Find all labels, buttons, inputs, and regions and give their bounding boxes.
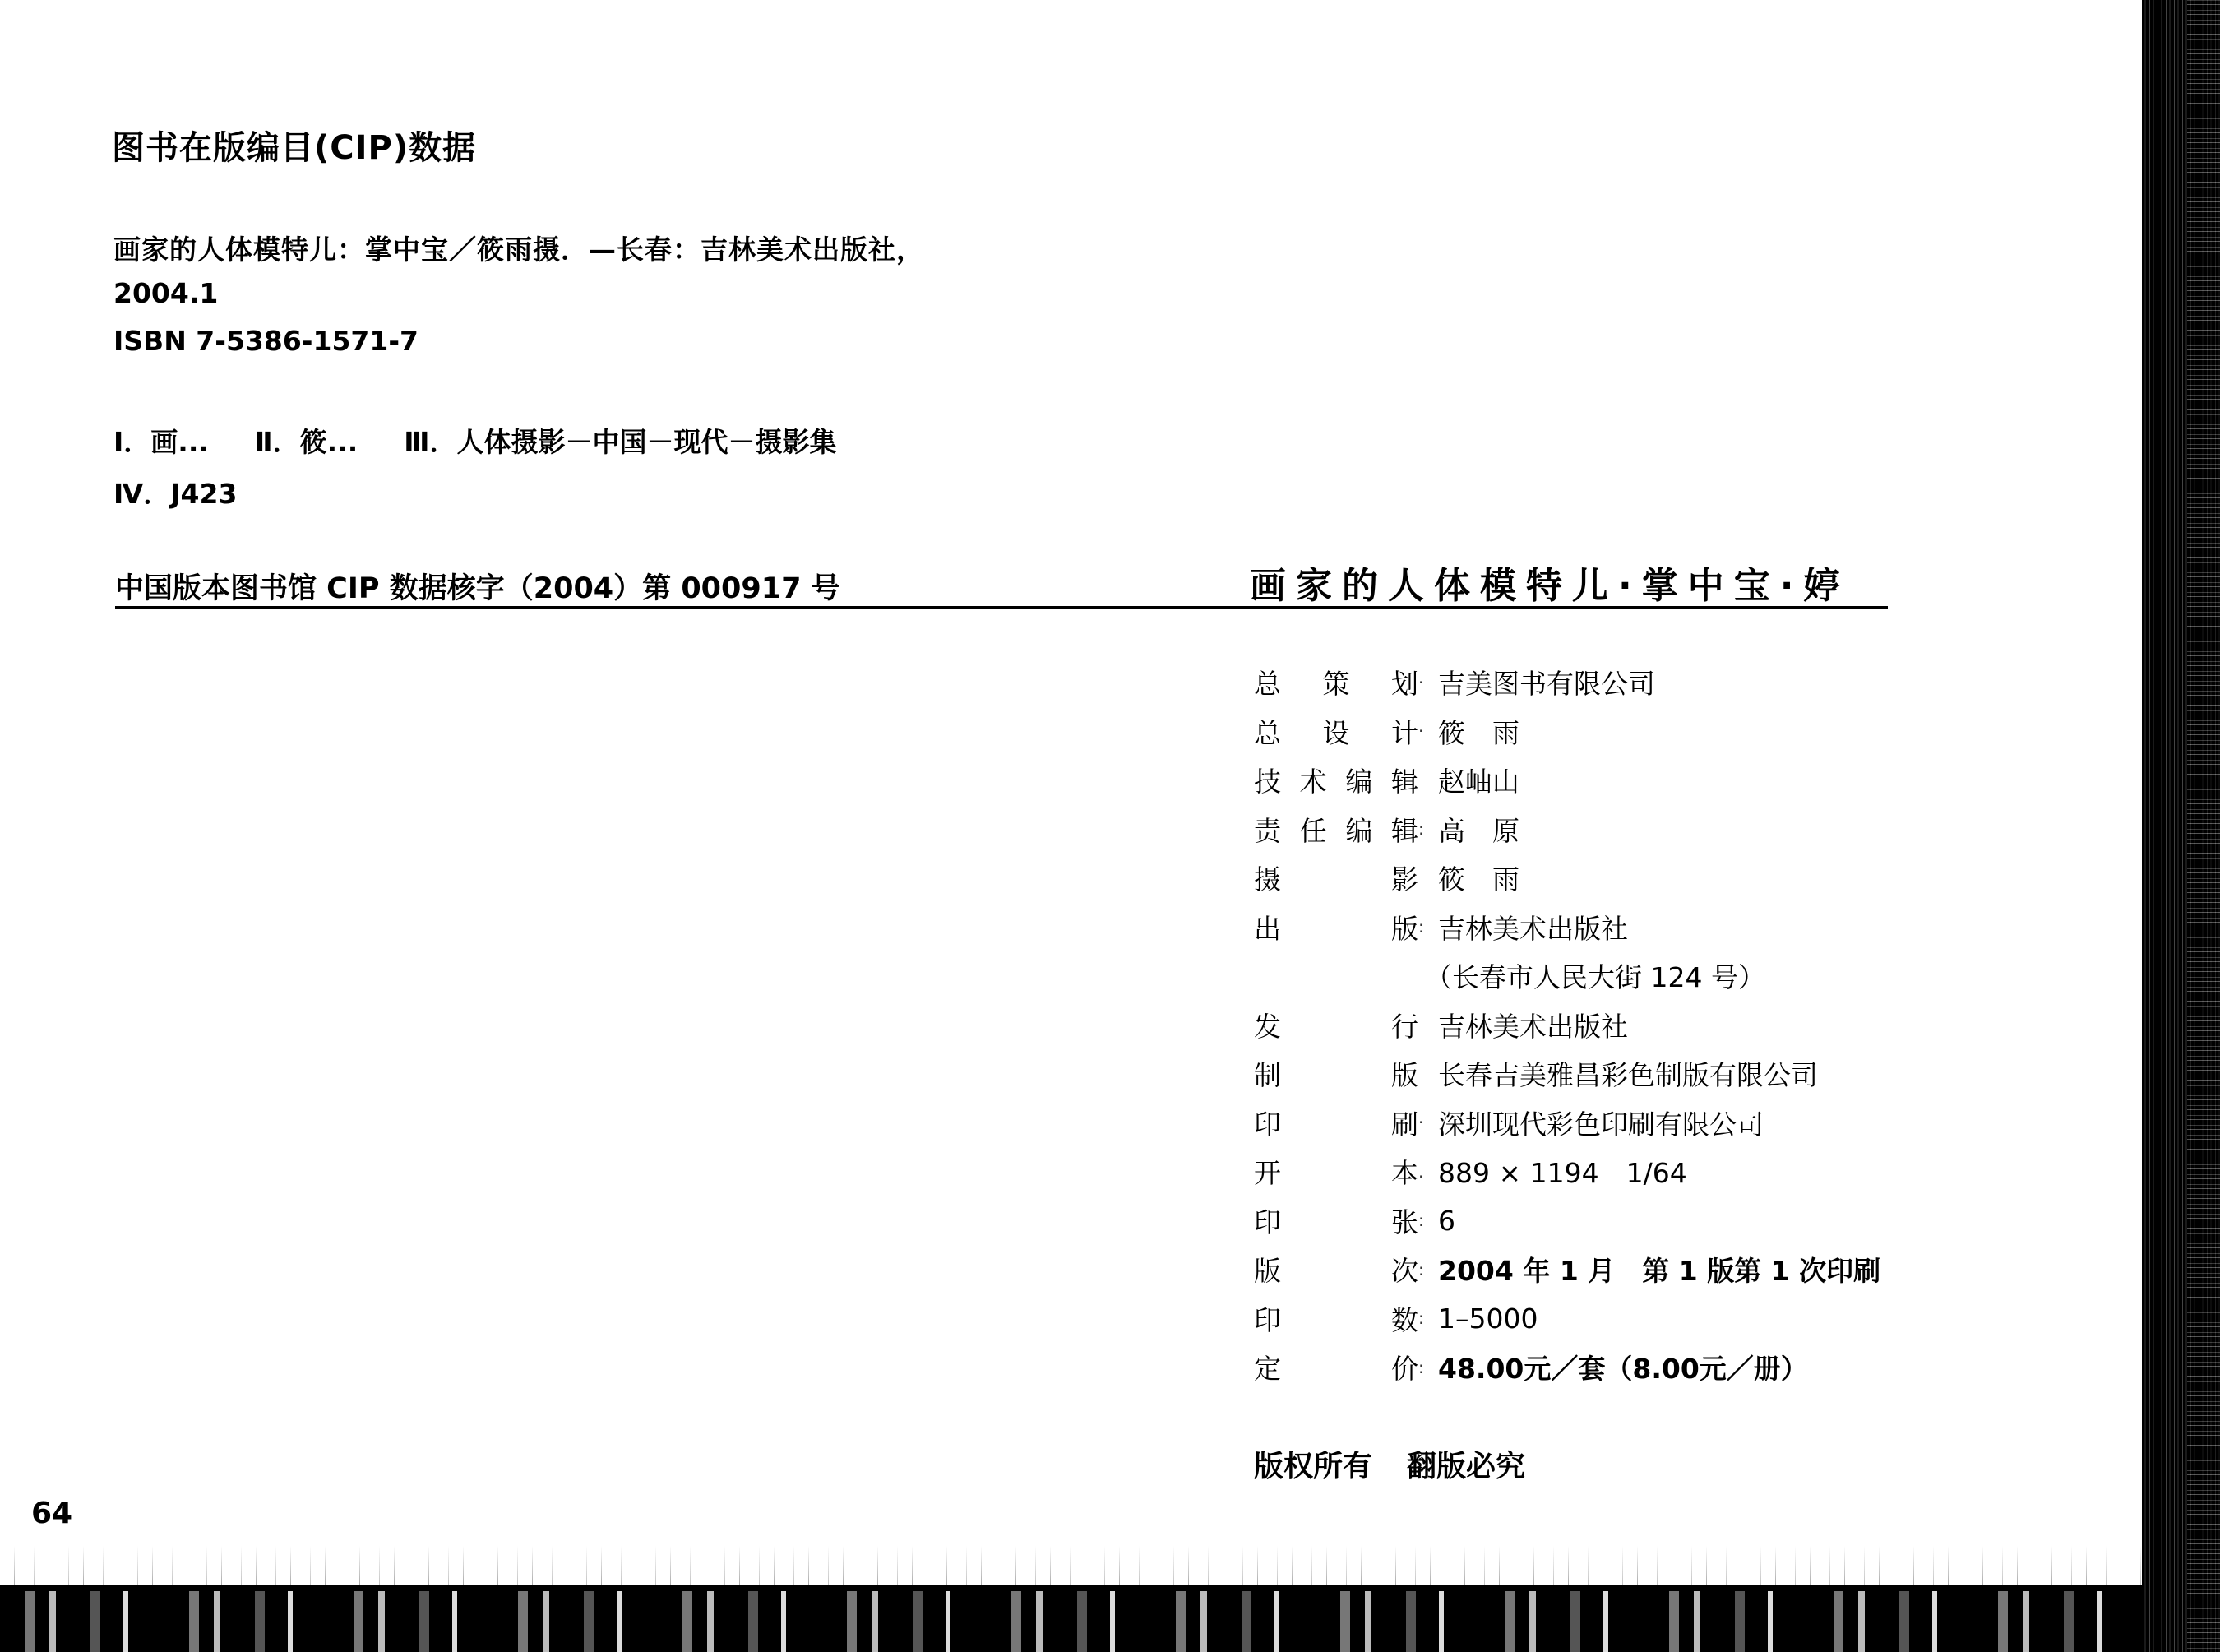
credit-label-char: 印 — [1254, 1299, 1281, 1338]
credit-label-char: 术 — [1300, 761, 1327, 799]
credit-label-char: 影 — [1391, 858, 1418, 897]
credit-colon: : — [1418, 917, 1438, 937]
divider-rule — [115, 606, 1888, 609]
credit-label: 印数 — [1254, 1299, 1418, 1338]
credit-label: 责任编辑 — [1254, 810, 1418, 849]
credit-label-char: 编 — [1345, 761, 1372, 799]
credit-label-char: 辑 — [1391, 761, 1418, 799]
cip-title-statement: 画家的人体模特儿：掌中宝／筱雨摄．—长春：吉林美术出版社， — [113, 229, 924, 267]
credit-row: （长春市人民大街 124 号） — [1254, 951, 1928, 1001]
credit-label-char: 技 — [1254, 761, 1281, 799]
credit-colon: . — [1418, 1162, 1438, 1182]
cip-classification-item: Ⅲ．人体摄影－中国－现代－摄影集 — [404, 426, 836, 458]
credit-label-char: 行 — [1391, 1006, 1418, 1044]
credit-row: 制版长春吉美雅昌彩色制版有限公司 — [1254, 1049, 1928, 1099]
cip-classification: Ⅰ．画...Ⅱ．筱...Ⅲ．人体摄影－中国－现代－摄影集 — [113, 421, 882, 460]
credit-label-char: 数 — [1391, 1299, 1418, 1338]
cip-classification-number: Ⅳ．J423 — [113, 473, 237, 511]
credit-colon: : — [1418, 819, 1438, 839]
credit-row: 印数:1–5000 — [1254, 1294, 1928, 1344]
credit-row: 发行吉林美术出版社 — [1254, 1001, 1928, 1050]
credit-label-char: 刷 — [1391, 1104, 1418, 1142]
credit-label: 印张 — [1254, 1201, 1418, 1240]
credit-label: 发行 — [1254, 1006, 1418, 1044]
scan-edge-right-noise — [2187, 0, 2220, 1652]
credit-colon: : — [1418, 1210, 1438, 1230]
credit-label: 印刷 — [1254, 1104, 1418, 1142]
credit-row: 总设计·筱 雨 — [1254, 707, 1928, 757]
credit-row: 开本.889 × 1194 1/64 — [1254, 1147, 1928, 1196]
credits-list: 总策划·吉美图书有限公司总设计·筱 雨技术编辑赵岫山责任编辑:高 原摄影筱 雨出… — [1254, 658, 1928, 1392]
credit-row: 总策划·吉美图书有限公司 — [1254, 658, 1928, 707]
credit-value: 2004 年 1 月 第 1 版第 1 次印刷 — [1438, 1250, 1928, 1289]
credit-value: 吉林美术出版社 — [1438, 908, 1928, 946]
credit-label: 开本 — [1254, 1152, 1418, 1191]
credit-label: 制版 — [1254, 1054, 1418, 1093]
credit-value: 深圳现代彩色印刷有限公司 — [1438, 1104, 1928, 1142]
credit-value: 吉林美术出版社 — [1438, 1006, 1928, 1044]
credit-value: 吉美图书有限公司 — [1438, 663, 1928, 701]
credit-label-char: 摄 — [1254, 858, 1281, 897]
credit-label-char: 出 — [1254, 908, 1281, 946]
credit-row: 责任编辑:高 原 — [1254, 805, 1928, 854]
credit-value: 赵岫山 — [1438, 761, 1928, 799]
cip-classification-item: Ⅱ．筱... — [255, 426, 358, 458]
credit-row: 摄影筱 雨 — [1254, 854, 1928, 903]
credit-colon: : — [1418, 1308, 1438, 1328]
credit-value: 1–5000 — [1438, 1303, 1928, 1335]
credit-label: 总策划 — [1254, 663, 1418, 701]
credit-label-char: 本 — [1391, 1152, 1418, 1191]
credit-label: 出版 — [1254, 908, 1418, 946]
credit-row: 定价:48.00元／套（8.00元／册） — [1254, 1343, 1928, 1392]
credit-value: 筱 雨 — [1438, 858, 1928, 897]
credit-label-char: 策 — [1323, 663, 1350, 701]
credit-label: 定价 — [1254, 1348, 1418, 1386]
page-number: 64 — [31, 1497, 72, 1530]
credit-row: 印刷·深圳现代彩色印刷有限公司 — [1254, 1099, 1928, 1148]
scan-edge-bottom — [0, 1591, 2142, 1652]
credit-label-char: 开 — [1254, 1152, 1281, 1191]
credit-value: 长春吉美雅昌彩色制版有限公司 — [1438, 1054, 1928, 1093]
cip-approval-number: 中国版本图书馆 CIP 数据核字（2004）第 000917 号 — [115, 566, 840, 607]
credit-label: 版次 — [1254, 1250, 1418, 1289]
scan-noise — [0, 1546, 2142, 1587]
credit-label-char: 划 — [1391, 663, 1418, 701]
credit-value: 6 — [1438, 1205, 1928, 1237]
credit-label-char: 设 — [1323, 712, 1350, 751]
credit-colon: · — [1418, 721, 1438, 741]
credit-label-char: 计 — [1391, 712, 1418, 751]
credit-row: 技术编辑赵岫山 — [1254, 756, 1928, 805]
credit-label-char: 辑 — [1391, 810, 1418, 849]
credit-label-char: 印 — [1254, 1201, 1281, 1240]
credit-label-char: 版 — [1391, 1054, 1418, 1093]
credit-label-char: 发 — [1254, 1006, 1281, 1044]
credit-colon: · — [1418, 673, 1438, 692]
credit-label-char: 版 — [1391, 908, 1418, 946]
book-title: 画家的人体模特儿·掌中宝·婷 — [1250, 556, 1849, 609]
cip-heading: 图书在版编目(CIP)数据 — [112, 122, 476, 169]
credit-label-char: 张 — [1391, 1201, 1418, 1240]
credit-label: 总设计 — [1254, 712, 1418, 751]
credit-label: 摄影 — [1254, 858, 1418, 897]
credit-label-char: 制 — [1254, 1054, 1281, 1093]
credit-colon: : — [1418, 1358, 1438, 1377]
credit-row: 印张:6 — [1254, 1196, 1928, 1246]
credit-label-char: 总 — [1254, 712, 1281, 751]
credit-row: 出版:吉林美术出版社 — [1254, 903, 1928, 952]
credit-label-char: 编 — [1345, 810, 1372, 849]
credit-label: 技术编辑 — [1254, 761, 1418, 799]
credit-label-char: 次 — [1391, 1250, 1418, 1289]
credit-label-char: 印 — [1254, 1104, 1281, 1142]
cip-publication-date: 2004.1 — [113, 277, 218, 309]
copyright-piracy-warning: 翻版必究 — [1407, 1450, 1525, 1483]
credit-label-char: 版 — [1254, 1250, 1281, 1289]
credit-value: （长春市人民大街 124 号） — [1425, 956, 1928, 995]
credit-label-char: 总 — [1254, 663, 1281, 701]
credit-colon: : — [1418, 1260, 1438, 1279]
credit-value: 筱 雨 — [1438, 712, 1928, 751]
copyright-all-rights: 版权所有 — [1254, 1450, 1372, 1483]
credit-value: 889 × 1194 1/64 — [1438, 1152, 1928, 1191]
credit-label-char: 价 — [1391, 1348, 1418, 1386]
cip-classification-item: Ⅰ．画... — [113, 426, 209, 458]
credit-colon: · — [1418, 1113, 1438, 1132]
credit-label-char: 责 — [1254, 810, 1281, 849]
credit-value: 高 原 — [1438, 810, 1928, 849]
credit-label-char: 任 — [1300, 810, 1327, 849]
credit-label-char: 定 — [1254, 1348, 1281, 1386]
credit-value: 48.00元／套（8.00元／册） — [1438, 1348, 1928, 1386]
cip-isbn: ISBN 7-5386-1571-7 — [113, 325, 419, 357]
copyright-notice: 版权所有翻版必究 — [1254, 1443, 1525, 1485]
credit-row: 版次:2004 年 1 月 第 1 版第 1 次印刷 — [1254, 1245, 1928, 1294]
